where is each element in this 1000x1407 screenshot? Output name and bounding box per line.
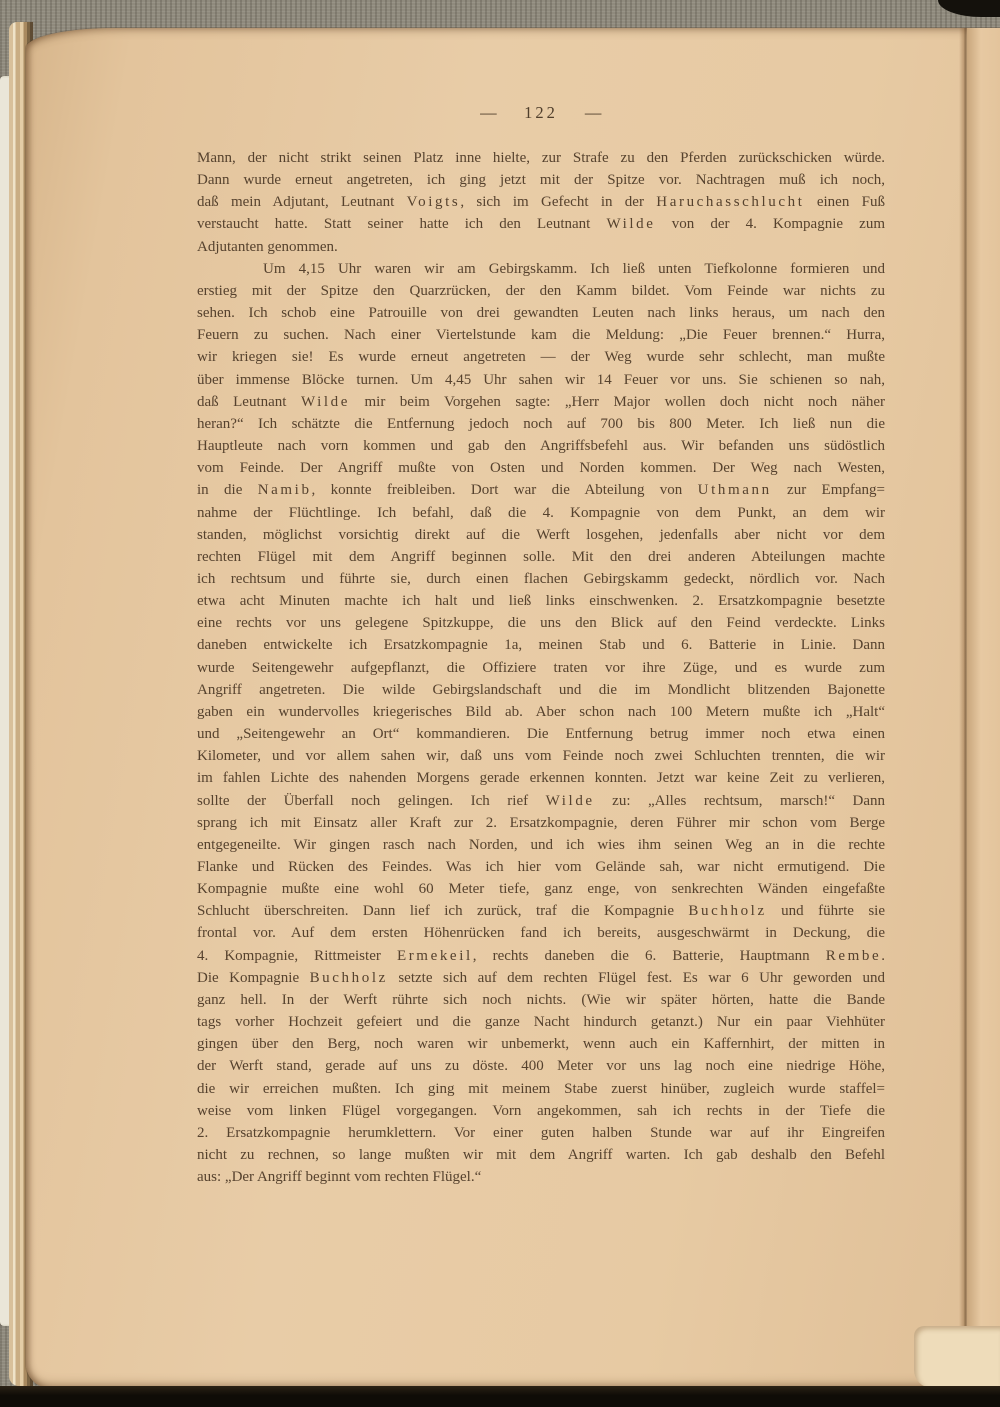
text-line: sollte der Überfall noch gelingen. Ich r… bbox=[197, 790, 885, 812]
text-line: 4. Kompagnie, Rittmeister Ermekeil, rech… bbox=[197, 945, 885, 967]
header-dash-left: — bbox=[480, 103, 497, 122]
text-line: nicht zu rechnen, so lange mußten wir mi… bbox=[197, 1144, 885, 1166]
text-line: entgegeneilte. Wir gingen rasch nach Nor… bbox=[197, 834, 885, 856]
text-line: wir kriegen sie! Es wurde erneut angetre… bbox=[197, 346, 885, 368]
text-line: über immense Blöcke turnen. Um 4,45 Uhr … bbox=[197, 369, 885, 391]
text-line: vom Feinde. Der Angriff mußte von Osten … bbox=[197, 457, 885, 479]
text-line: 2. Ersatzkompagnie herumklettern. Vor ei… bbox=[197, 1122, 885, 1144]
text-line: daß mein Adjutant, Leutnant Voigts, sich… bbox=[197, 191, 885, 213]
text-line: und „Seitengewehr an Ort“ kommandieren. … bbox=[197, 723, 885, 745]
text-line: ganz hell. In der Werft rührte sich noch… bbox=[197, 989, 885, 1011]
facing-page-strip bbox=[967, 28, 1000, 1388]
text-line: daneben entwickelte ich Ersatzkompagnie … bbox=[197, 634, 885, 656]
page-number: —122— bbox=[197, 103, 885, 123]
text-line: aus: „Der Angriff beginnt vom rechten Fl… bbox=[197, 1166, 885, 1188]
text-line: nahme der Flüchtlinge. Ich befahl, daß d… bbox=[197, 502, 885, 524]
text-line: Kilometer, und vor allem sahen wir, daß … bbox=[197, 745, 885, 767]
text-line: Um 4,15 Uhr waren wir am Gebirgskamm. Ic… bbox=[197, 258, 885, 280]
text-block: Mann, der nicht strikt seinen Platz inne… bbox=[197, 147, 885, 1188]
text-line: weise vom linken Flügel vorgegangen. Vor… bbox=[197, 1100, 885, 1122]
text-line: Feuern zu suchen. Nach einer Viertelstun… bbox=[197, 324, 885, 346]
text-line: standen, möglichst vorsichtig direkt auf… bbox=[197, 524, 885, 546]
text-line: sprang ich mit Einsatz aller Kraft zur 2… bbox=[197, 812, 885, 834]
text-line: ich rechtsum und führte sie, durch einen… bbox=[197, 568, 885, 590]
text-line: frontal vor. Auf dem ersten Höhenrücken … bbox=[197, 922, 885, 944]
text-line: sehen. Ich schob eine Patrouille von dre… bbox=[197, 302, 885, 324]
text-line: Dann wurde erneut angetreten, ich ging j… bbox=[197, 169, 885, 191]
text-line: erstieg mit der Spitze den Quarzrücken, … bbox=[197, 280, 885, 302]
text-line: Kompagnie mußte eine wohl 60 Meter tiefe… bbox=[197, 878, 885, 900]
text-line: Schlucht überschreiten. Dann lief ich zu… bbox=[197, 900, 885, 922]
text-line: eine rechts vor uns gelegene Spitzkuppe,… bbox=[197, 612, 885, 634]
text-line: tags vorher Hochzeit gefeiert und die ga… bbox=[197, 1011, 885, 1033]
text-line: daß Leutnant Wilde mir beim Vorgehen sag… bbox=[197, 391, 885, 413]
book-cover-corner bbox=[938, 0, 1000, 17]
header-dash-right: — bbox=[585, 103, 602, 122]
text-line: Hauptleute nach vorn kommen und gab den … bbox=[197, 435, 885, 457]
text-line: die wir erreichen mußten. Ich ging mit m… bbox=[197, 1078, 885, 1100]
scanned-book-photo: —122— Mann, der nicht strikt seinen Plat… bbox=[0, 0, 1000, 1407]
facing-page-corner bbox=[914, 1326, 1000, 1388]
text-line: Adjutanten genommen. bbox=[197, 236, 885, 258]
text-line: heran?“ Ich schätzte die Entfernung jedo… bbox=[197, 413, 885, 435]
text-line: verstaucht hatte. Statt seiner hatte ich… bbox=[197, 213, 885, 235]
text-line: Die Kompagnie Buchholz setzte sich auf d… bbox=[197, 967, 885, 989]
text-line: gingen über den Berg, noch waren wir unb… bbox=[197, 1033, 885, 1055]
text-line: der Werft stand, gerade auf uns zu döste… bbox=[197, 1055, 885, 1077]
text-line: Mann, der nicht strikt seinen Platz inne… bbox=[197, 147, 885, 169]
text-line: Angriff angetreten. Die wilde Gebirgslan… bbox=[197, 679, 885, 701]
text-line: etwa acht Minuten machte ich halt und li… bbox=[197, 590, 885, 612]
text-line: gaben ein wundervolles kriegerisches Bil… bbox=[197, 701, 885, 723]
text-line: im fahlen Lichte des nahenden Morgens ge… bbox=[197, 767, 885, 789]
text-line: Flanke und Rücken des Feindes. Was ich h… bbox=[197, 856, 885, 878]
text-line: rechten Flügel mit dem Angriff beginnen … bbox=[197, 546, 885, 568]
text-line: in die Namib, konnte freibleiben. Dort w… bbox=[197, 479, 885, 501]
text-line: wurde Seitengewehr aufgepflanzt, die Off… bbox=[197, 657, 885, 679]
page-number-value: 122 bbox=[524, 103, 558, 122]
book-bottom-shadow bbox=[0, 1386, 1000, 1407]
